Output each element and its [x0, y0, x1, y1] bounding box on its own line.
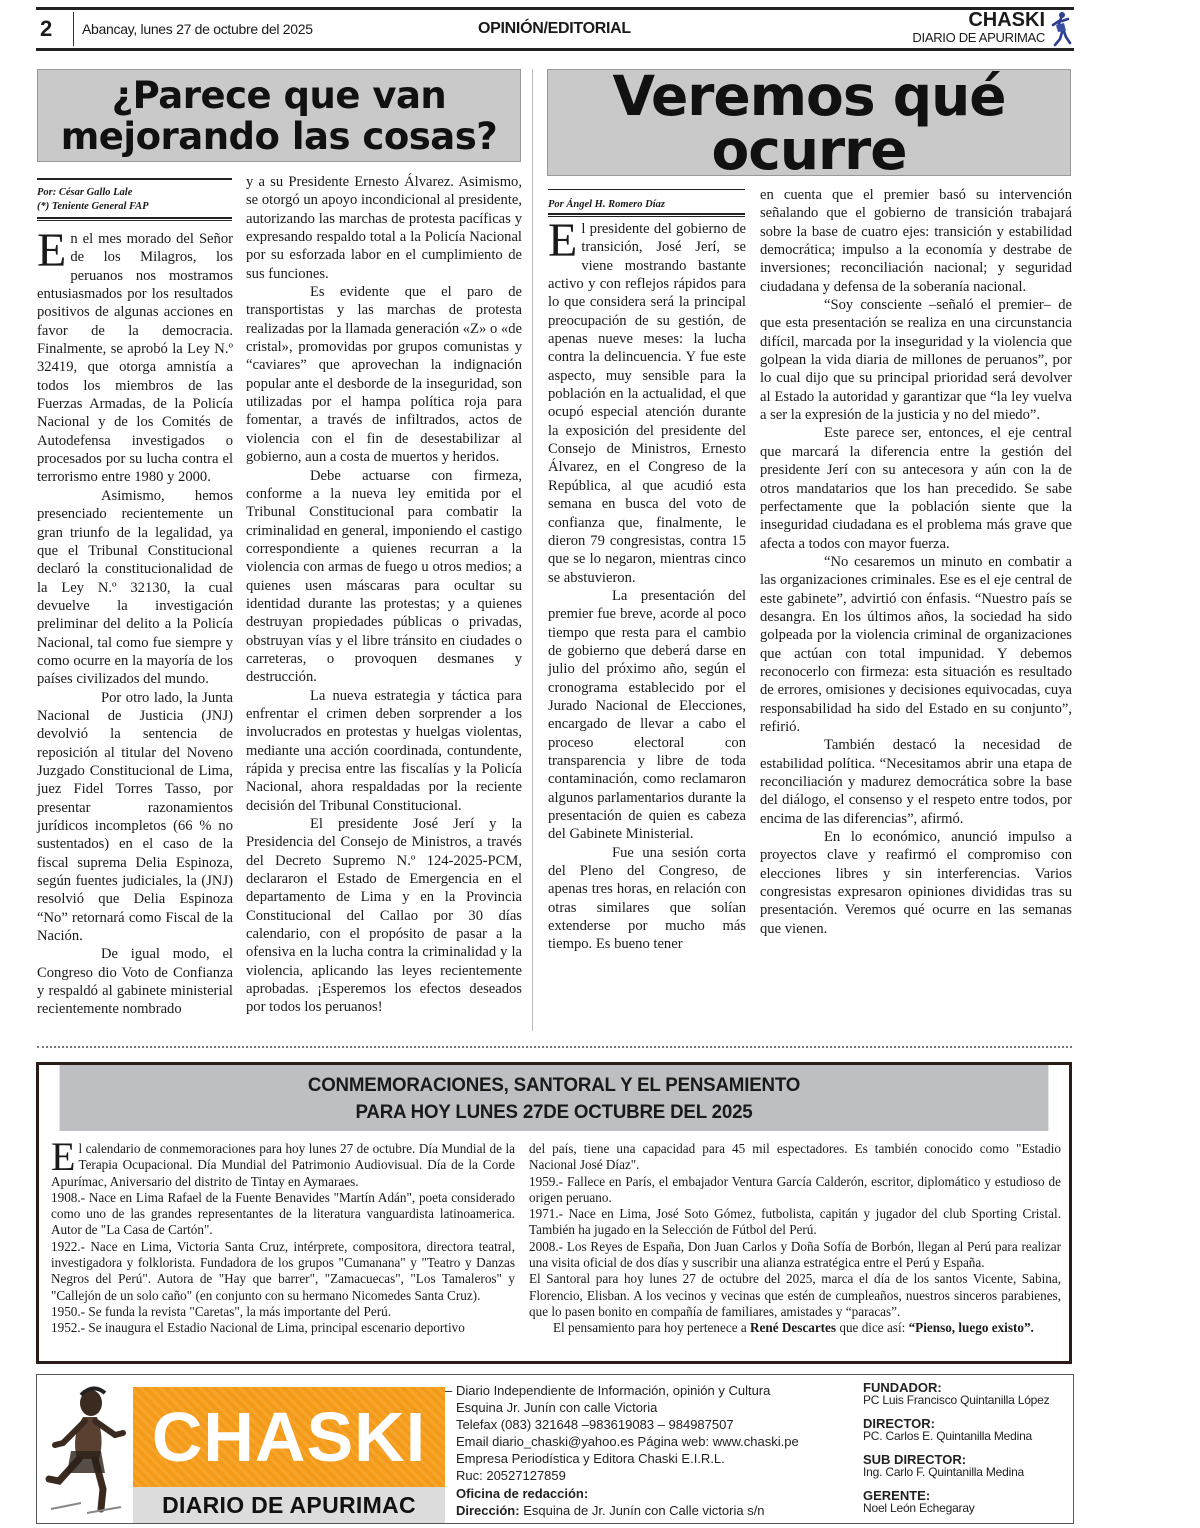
article-paragraph: Este parece ser, entonces, el eje centra…	[760, 424, 1072, 552]
commemorations-box: CONMEMORACIONES, SANTORAL Y EL PENSAMIEN…	[36, 1062, 1072, 1364]
article-paragraph: Es evidente que el paro de transportista…	[246, 283, 522, 466]
drop-cap: E	[37, 232, 66, 270]
commemoration-entry: El calendario de conmemoraciones para ho…	[51, 1141, 515, 1190]
address: Esquina Jr. Junín con calle Victoria	[445, 1399, 863, 1416]
byline-rule	[37, 217, 232, 221]
byline-rule	[37, 178, 232, 180]
article-left-column-1: En el mes morado del Señor de los Milagr…	[37, 230, 233, 1019]
dotted-separator	[37, 1046, 1072, 1048]
staff-founder: FUNDADOR: PC Luis Francisco Quintanilla …	[863, 1381, 1073, 1407]
article-paragraph: También destacó la necesidad de estabili…	[760, 736, 1072, 828]
article-paragraph: y a su Presidente Ernesto Álvarez. Asimi…	[246, 173, 522, 283]
header-bottom-rule	[36, 48, 1074, 51]
commemorations-right-column: del país, tiene una capacidad para 45 mi…	[529, 1141, 1061, 1337]
commemoration-entry: 1971.- Nace en Lima, José Soto Gómez, fu…	[529, 1206, 1061, 1239]
commemoration-entry: 1952.- Se inaugura el Estadio Nacional d…	[51, 1320, 515, 1336]
byline-rule	[548, 189, 745, 190]
drop-cap: E	[548, 222, 577, 260]
logo-subtitle: DIARIO DE APURIMAC	[133, 1487, 445, 1523]
brand-name: CHASKI	[912, 10, 1045, 30]
article-paragraph: El presidente del gobierno de transición…	[548, 220, 746, 587]
phone: Telefax (083) 321648 –983619083 – 984987…	[445, 1416, 863, 1433]
email-web: Email diario_chaski@yahoo.es Página web:…	[445, 1433, 863, 1450]
column-divider	[532, 69, 533, 1031]
byline-left: Por: César Gallo Lale (*) Teniente Gener…	[37, 186, 232, 214]
commemorations-left-column: El calendario de conmemoraciones para ho…	[51, 1141, 515, 1337]
article-paragraph: “Soy consciente –señaló el premier– de q…	[760, 296, 1072, 424]
article-paragraph: El presidente José Jerí y la Presidencia…	[246, 815, 522, 1017]
section-title: OPINIÓN/EDITORIAL	[478, 20, 631, 38]
article-left-column-2: y a su Presidente Ernesto Álvarez. Asimi…	[246, 173, 522, 1017]
commemoration-entry: 1950.- Se funda la revista "Caretas", la…	[51, 1304, 515, 1320]
page-number: 2	[40, 16, 52, 42]
author-name: Por Ángel H. Romero Díaz	[548, 198, 745, 212]
logo-chaski: CHASKI	[133, 1387, 445, 1487]
thought-quote: “Pienso, luego existo”.	[909, 1320, 1034, 1335]
article-right-column-2: en cuenta que el premier basó su interve…	[760, 186, 1072, 938]
header-separator	[73, 12, 74, 46]
article-paragraph: Asimismo, hemos presenciado recientement…	[37, 487, 233, 689]
article-paragraph: “No cesaremos un minuto en combatir a la…	[760, 553, 1072, 736]
article-paragraph: De igual modo, el Congreso dio Voto de C…	[37, 945, 233, 1018]
article-paragraph: La nueva estrategia y táctica para enfre…	[246, 687, 522, 815]
byline-rule	[548, 213, 745, 217]
article-paragraph: en cuenta que el premier basó su interve…	[760, 186, 1072, 296]
santoral-entry: El Santoral para hoy lunes 27 de octubre…	[529, 1271, 1061, 1320]
article-right-column-1: El presidente del gobierno de transición…	[548, 220, 746, 954]
author-role: (*) Teniente General FAP	[37, 200, 232, 214]
commemorations-title: CONMEMORACIONES, SANTORAL Y EL PENSAMIEN…	[60, 1065, 1049, 1131]
tagline: Diario Independiente de Información, opi…	[445, 1382, 863, 1399]
article-paragraph: Por otro lado, la Junta Nacional de Just…	[37, 689, 233, 946]
article-paragraph: En el mes morado del Señor de los Milagr…	[37, 230, 233, 487]
author-name: Por: César Gallo Lale	[37, 186, 232, 200]
direction: Dirección: Esquina de Jr. Junín con Call…	[445, 1502, 863, 1519]
staff-director: DIRECTOR: PC. Carlos E. Quintanilla Medi…	[863, 1417, 1073, 1443]
commemoration-entry: del país, tiene una capacidad para 45 mi…	[529, 1141, 1061, 1174]
article-paragraph: Debe actuarse con firmeza, conforme a la…	[246, 467, 522, 687]
commemoration-entry: 1908.- Nace en Lima Rafael de la Fuente …	[51, 1190, 515, 1239]
header-brand: CHASKI DIARIO DE APURIMAC	[912, 10, 1045, 45]
commemoration-entry: 1922.- Nace en Lima, Victoria Santa Cruz…	[51, 1239, 515, 1304]
masthead-info: – Diario Independiente de Información, o…	[445, 1382, 863, 1519]
company: Empresa Periodística y Editora Chaski E.…	[445, 1450, 863, 1467]
masthead: CHASKI DIARIO DE APURIMAC – Diario Indep…	[36, 1374, 1074, 1524]
drop-cap: E	[51, 1142, 75, 1172]
commemoration-entry: 1959.- Fallece en París, el embajador Ve…	[529, 1174, 1061, 1207]
headline-left: ¿Parece que van mejorando las cosas?	[37, 69, 521, 162]
byline-right: Por Ángel H. Romero Díaz	[548, 198, 745, 212]
article-paragraph: Fue una sesión corta del Pleno del Congr…	[548, 844, 746, 954]
headline-right: Veremos qué ocurre	[547, 69, 1071, 176]
chaski-runner-illustration-icon	[41, 1381, 133, 1521]
article-paragraph: En lo económico, anunció impulso a proye…	[760, 828, 1072, 938]
office-label: Oficina de redacción:	[445, 1485, 863, 1502]
dateline: Abancay, lunes 27 de octubre del 2025	[82, 21, 313, 37]
thought-of-day: El pensamiento para hoy pertenece a René…	[529, 1320, 1061, 1336]
article-paragraph: La presentación del premier fue breve, a…	[548, 587, 746, 844]
staff-manager: GERENTE: Noel León Echegaray	[863, 1489, 1073, 1515]
chaski-runner-icon	[1050, 11, 1072, 47]
commemoration-entry: 2008.- Los Reyes de España, Don Juan Car…	[529, 1239, 1061, 1272]
staff-subdirector: SUB DIRECTOR: Ing. Carlo F. Quintanilla …	[863, 1453, 1073, 1479]
thought-author: René Descartes	[750, 1320, 836, 1335]
ruc: Ruc: 20527127859	[445, 1467, 863, 1484]
masthead-staff: FUNDADOR: PC Luis Francisco Quintanilla …	[863, 1381, 1073, 1519]
brand-subtitle: DIARIO DE APURIMAC	[912, 30, 1045, 45]
